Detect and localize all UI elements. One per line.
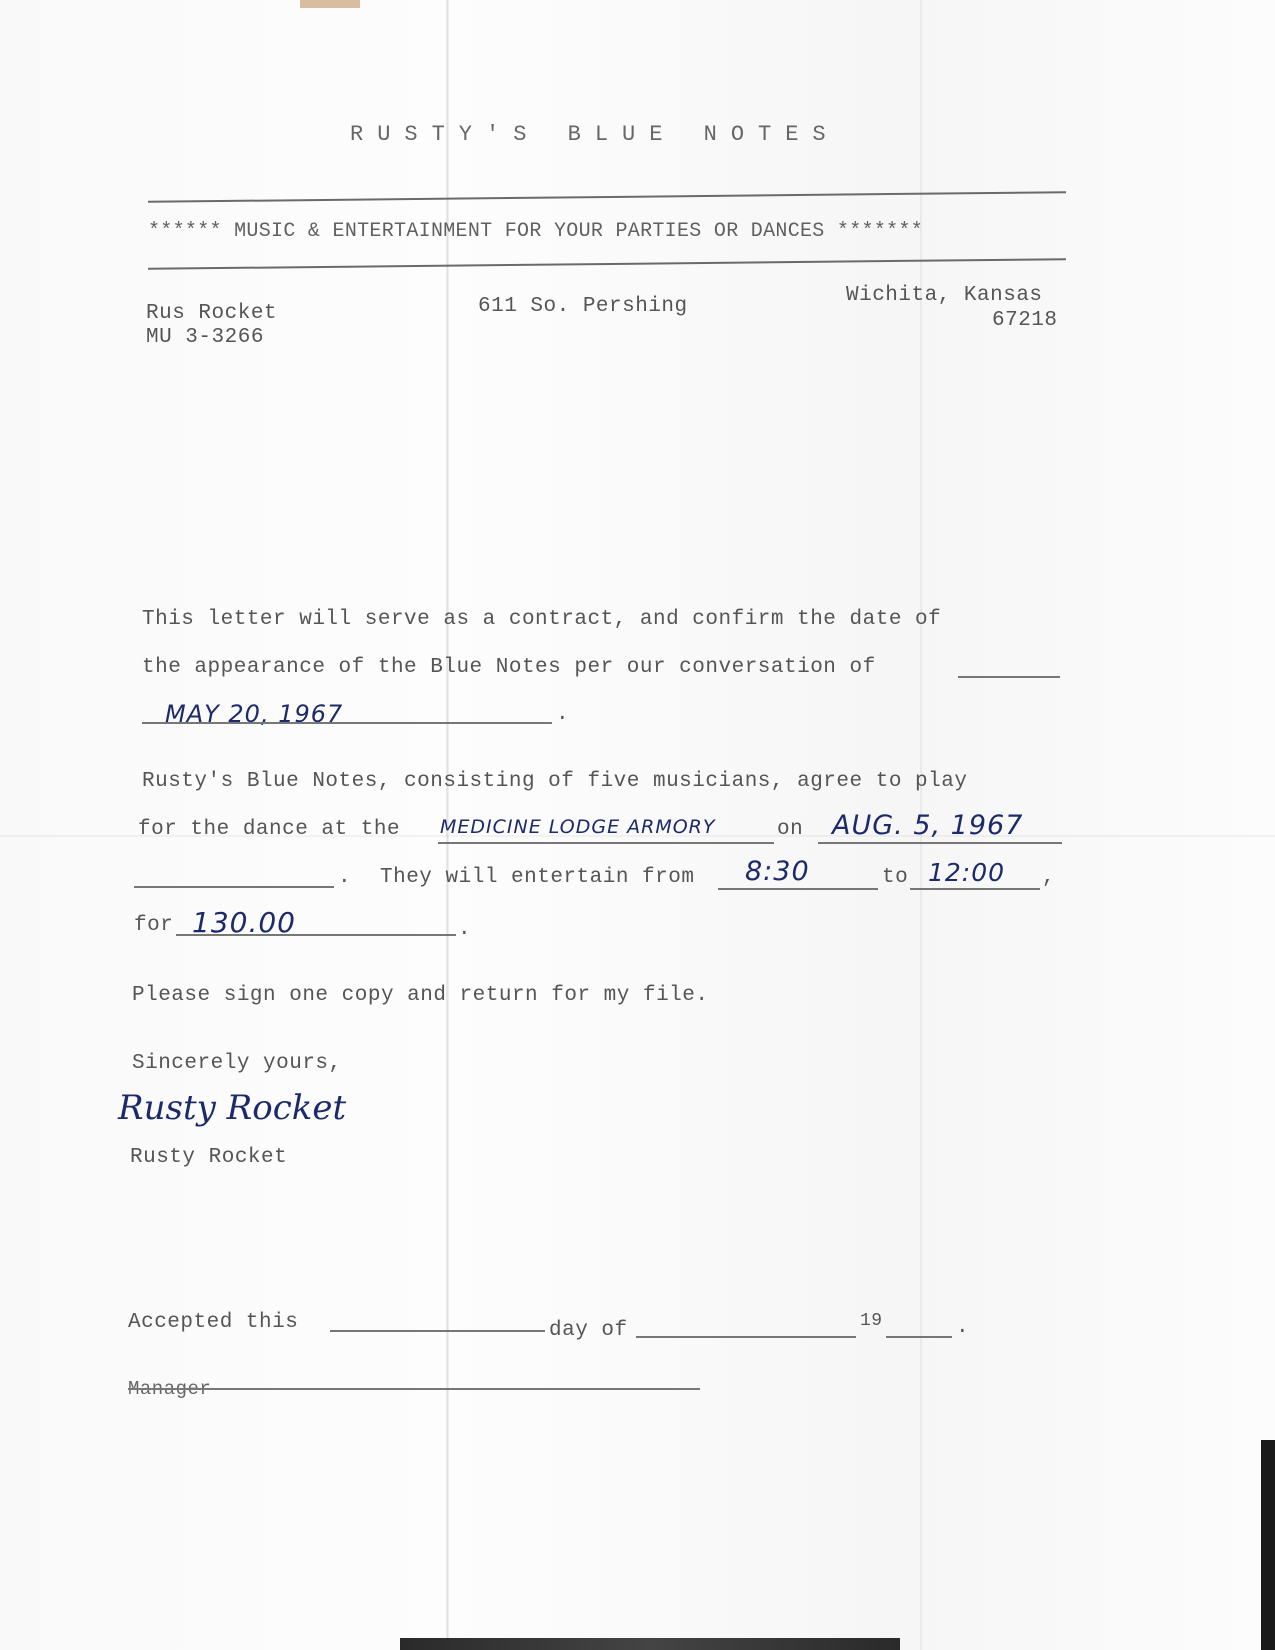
accepted-month-field[interactable] (636, 1336, 856, 1338)
period: . (458, 918, 471, 941)
city-state: Wichita, Kansas (846, 284, 1043, 307)
comma: , (1042, 866, 1055, 889)
end-time-field[interactable]: 12:00 (928, 858, 1005, 887)
manager-signature-field[interactable] (128, 1388, 700, 1390)
accepted-year-field[interactable] (886, 1336, 952, 1338)
blank-line (142, 722, 552, 724)
period: . (956, 1316, 969, 1339)
day-of-label: day of (549, 1319, 628, 1342)
paragraph-2-line-2-prefix: for the dance at the (138, 818, 400, 841)
paragraph-1-line-2: the appearance of the Blue Notes per our… (142, 656, 876, 679)
zip-code: 67218 (992, 309, 1058, 332)
street-address: 611 So. Pershing (478, 295, 688, 318)
blank-line (958, 676, 1060, 678)
blank-line (718, 888, 878, 890)
letterhead-rule-bottom (148, 258, 1066, 270)
period: . (338, 866, 351, 889)
to-label: to (882, 866, 908, 889)
contact-name: Rus Rocket (146, 302, 277, 325)
start-time-field[interactable]: 8:30 (745, 856, 810, 887)
for-label: for (134, 914, 173, 937)
paper-stain (300, 0, 360, 8)
blank-line (438, 842, 774, 844)
event-date-field[interactable]: AUG. 5, 1967 (832, 810, 1023, 841)
signer-name: Rusty Rocket (130, 1146, 287, 1169)
paragraph-2-line-3: They will entertain from (380, 866, 694, 889)
blank-line (818, 842, 1062, 844)
scan-edge (400, 1638, 900, 1650)
closing: Sincerely yours, (132, 1052, 342, 1075)
return-request: Please sign one copy and return for my f… (132, 984, 709, 1007)
blank-line (134, 886, 334, 888)
year-prefix: 19 (860, 1311, 883, 1331)
paragraph-1-line-1: This letter will serve as a contract, an… (142, 608, 941, 631)
blank-line (910, 888, 1040, 890)
venue-field[interactable]: MEDICINE LODGE ARMORY (440, 816, 715, 838)
paragraph-2-line-1: Rusty's Blue Notes, consisting of five m… (142, 770, 967, 793)
accepted-day-field[interactable] (330, 1330, 545, 1332)
scan-edge (1261, 1440, 1275, 1650)
letterhead-rule-top (148, 191, 1066, 203)
letterhead-title: RUSTY'S BLUE NOTES (350, 122, 840, 147)
letterhead-tagline: ****** MUSIC & ENTERTAINMENT FOR YOUR PA… (148, 220, 923, 243)
period: . (556, 703, 569, 726)
accepted-label: Accepted this (128, 1311, 298, 1334)
signature: Rusty Rocket (118, 1088, 346, 1128)
contract-letter: RUSTY'S BLUE NOTES ****** MUSIC & ENTERT… (0, 0, 1275, 1650)
contact-phone: MU 3-3266 (146, 326, 264, 349)
blank-line (176, 934, 456, 936)
on-label: on (777, 818, 803, 841)
